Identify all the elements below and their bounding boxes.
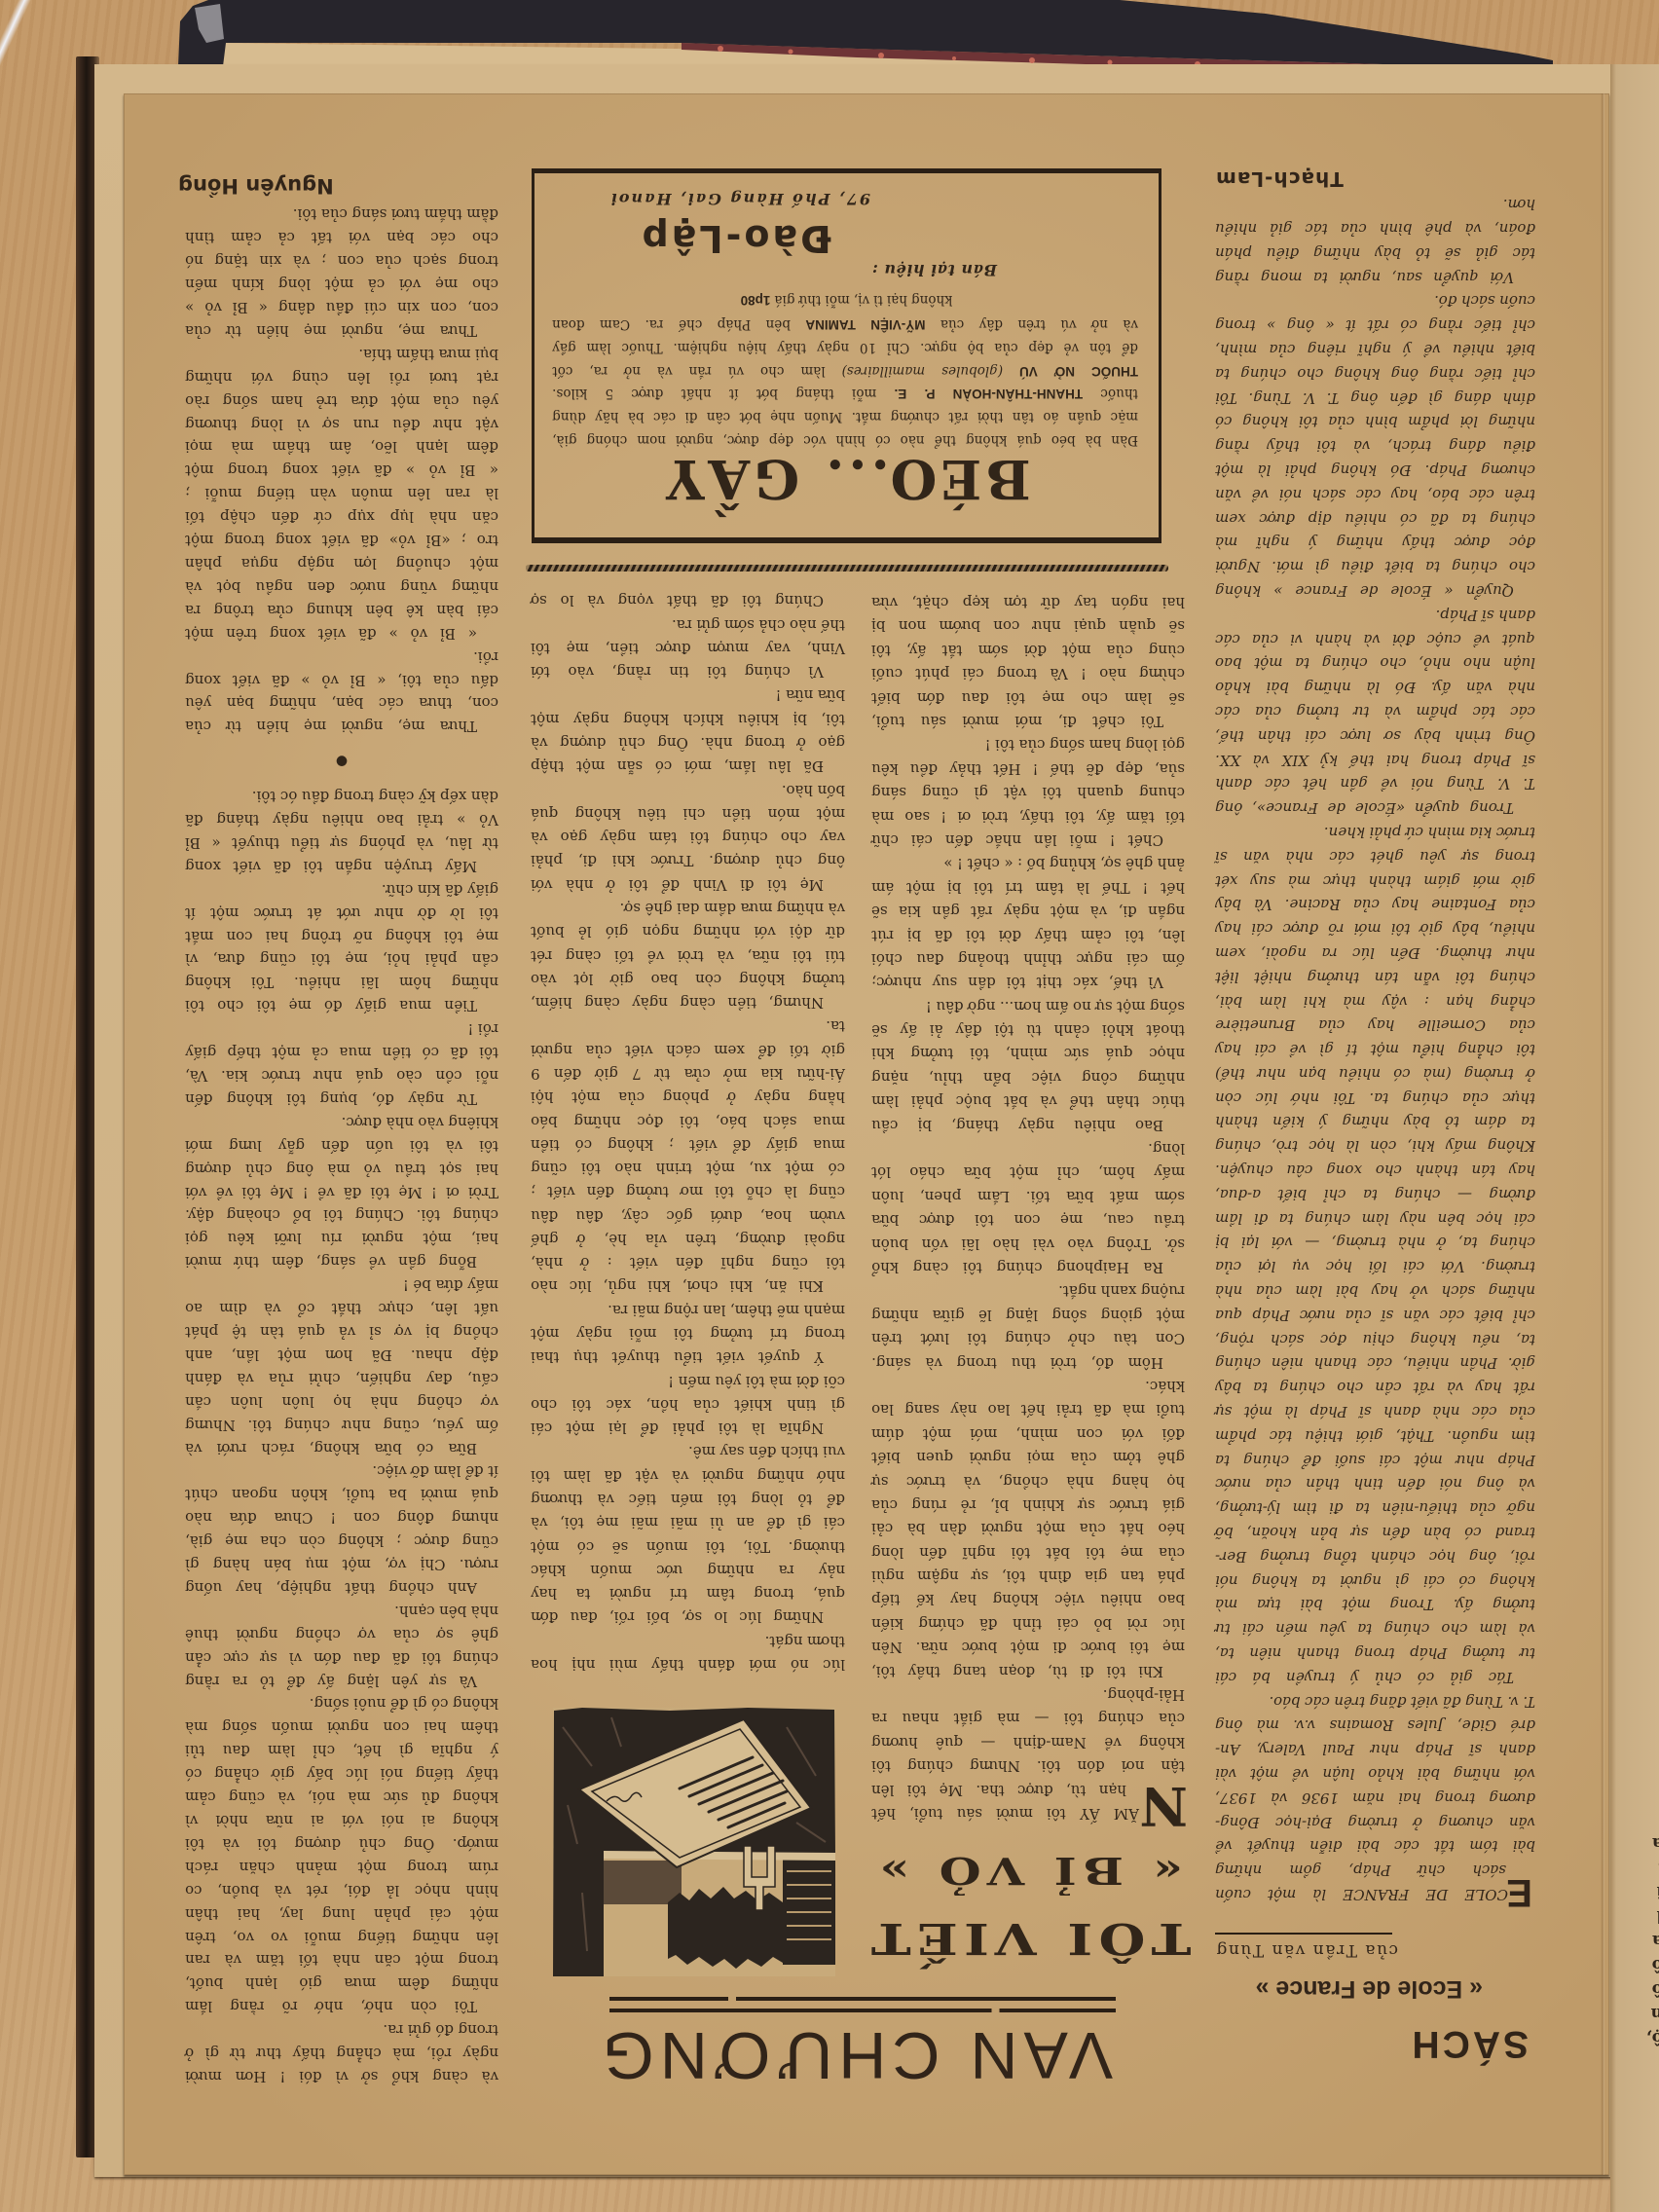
word: cuộc [1426, 630, 1461, 649]
word: « [211, 833, 220, 853]
word: chúng [997, 1258, 1043, 1277]
word: bữa [871, 1210, 899, 1230]
text-line: ta. [531, 1016, 845, 1036]
word: một [1011, 1638, 1039, 1657]
word: của [1215, 1257, 1241, 1276]
word: tăm [1126, 807, 1155, 827]
word: một [1157, 1306, 1185, 1325]
word: T. [1523, 1692, 1535, 1712]
text-line: sủa,đẹpđẽthế!Hếtthảyđềukêu [871, 759, 1185, 779]
word: những [1489, 412, 1535, 431]
word: giấy [467, 880, 498, 900]
text-line: nỗicồncàoquánhưtrướckia.Và, [185, 1066, 498, 1086]
text-line: vàcàngkhổsởvìđói!Hơnmười [185, 2067, 498, 2086]
word: hành [1314, 630, 1351, 649]
word: rút [871, 926, 894, 945]
word: danh [1498, 606, 1535, 625]
text-line: trongđógửira. [185, 2020, 498, 2040]
word: và [1253, 751, 1270, 770]
word: tư [1215, 1619, 1231, 1639]
word: đó, [1091, 1353, 1114, 1373]
word: này [950, 1400, 977, 1419]
word: ốm [1162, 949, 1185, 969]
word: ngờ [968, 997, 995, 1016]
word: tân [1013, 407, 1034, 426]
ad-price-line: khônghạitìvị,mỗithứgiá1p80 [535, 290, 1159, 310]
word: tôi [767, 875, 787, 895]
word: sách [1472, 1861, 1506, 1880]
word: rõ [1328, 919, 1344, 939]
word: chúng [1383, 1619, 1429, 1639]
word: có [577, 1537, 594, 1557]
text-line: hằngngàyởphòngcủamộthội [531, 1088, 845, 1107]
word: P. [924, 384, 935, 403]
word: quanh [1077, 783, 1124, 802]
text-line: Phápnhưmộtcáisuốiđểchúngta [1215, 1451, 1535, 1470]
word: trải [1056, 1400, 1083, 1419]
word: liệt [1215, 968, 1239, 987]
word: sống [1050, 735, 1085, 755]
text-line: củacácnhàdanhsĩPháplàmộtsự [1215, 1402, 1535, 1421]
word: bà [1086, 430, 1102, 450]
word: các [1394, 1836, 1419, 1856]
word: đó, [371, 1089, 393, 1109]
word: đứa [350, 391, 378, 411]
word: phẩm [1215, 1426, 1257, 1446]
text-line: chồngbịvợsỉvảquátàntệphát [185, 1322, 498, 1342]
word: đau [223, 1741, 250, 1760]
word: trong [805, 1324, 846, 1344]
word: ghê [645, 899, 672, 918]
text-line: MẹtôiđiVinhđểtôiởnhàvới [531, 875, 845, 895]
word: mỗi [1069, 830, 1096, 850]
word: phá [1158, 1567, 1185, 1586]
word: mới [1473, 871, 1500, 891]
word: được [655, 639, 691, 658]
word: bụng [320, 1089, 358, 1109]
word: sớm [724, 615, 755, 635]
word: thơm [807, 1632, 845, 1651]
word: trước [261, 1066, 300, 1086]
word: đi [685, 407, 698, 426]
word: bữa [964, 1162, 991, 1182]
word: Chúng [775, 591, 824, 610]
word: tiếng [357, 1928, 395, 1947]
word: đi [1052, 1638, 1066, 1657]
word: ngón [1111, 593, 1148, 612]
review-signature: Thạch-Lam [1215, 167, 1371, 191]
word: trên [871, 1329, 903, 1348]
word: mà [1343, 992, 1365, 1012]
word: lụp [390, 507, 414, 527]
word: vui [823, 1442, 845, 1461]
text-line: khôngcógìđểnuôisống. [185, 1695, 498, 1714]
text-line: tadámtỏbàynhữngýkiếnthành [1215, 1113, 1535, 1132]
word: mười [962, 712, 999, 731]
word: lợn [353, 554, 377, 573]
word: mẹ [304, 321, 326, 341]
word: ĂM [1114, 1804, 1139, 1824]
word: trường [1347, 1813, 1397, 1832]
word: đọc [637, 1112, 663, 1131]
word: xác [1073, 973, 1098, 992]
word: chúng [1215, 1353, 1261, 1373]
text-line: mộtgiòngsônglặnglẽgiữanhững [871, 1306, 1185, 1325]
word: tôi [257, 1834, 276, 1854]
word: danh [1215, 774, 1252, 793]
word: một [576, 756, 605, 776]
word: 5 [605, 384, 613, 403]
heading-rule [609, 2009, 1116, 2012]
word: hiệu [738, 338, 767, 357]
word: một [923, 1424, 951, 1444]
text-line: Ýquyếtviếttiểuthuyếtthụthai [531, 1347, 845, 1367]
word: thấy [1402, 533, 1434, 552]
word: đứa [230, 1508, 257, 1528]
word: tôi [718, 1490, 737, 1509]
word: Ông [1504, 726, 1535, 746]
word: Tiền [444, 996, 477, 1015]
word: vào [531, 970, 556, 989]
word: nhiều [1339, 1064, 1381, 1084]
word: bà [628, 407, 645, 426]
word: một [1244, 1402, 1272, 1421]
word: như [1258, 1064, 1286, 1084]
word: của [940, 314, 964, 334]
word: đã [935, 926, 953, 945]
text-line: Nhữnglúclosợ,bốirối,đauđớn [531, 1607, 845, 1627]
text-line: dínhdánggìđếnôngT.V.Tùng.Tôi [1215, 388, 1535, 408]
word: người [970, 1448, 1012, 1467]
word: báo. [1270, 1692, 1301, 1712]
word: ao [185, 1299, 203, 1318]
word: một [706, 1159, 734, 1178]
word: và [185, 577, 202, 597]
word: lòng [751, 1490, 783, 1509]
word: vỏ [204, 298, 222, 317]
word: bị [947, 878, 961, 898]
word: Trong [1390, 1595, 1434, 1614]
word: mắt. [852, 407, 882, 426]
word: ông [1477, 1474, 1504, 1493]
word: cảm [231, 228, 262, 247]
word: vì [185, 1811, 198, 1830]
word: chúng [1240, 364, 1286, 384]
word: Tôi [1215, 388, 1237, 408]
word: hai [238, 1904, 260, 1924]
word: để [732, 1135, 751, 1155]
word: lắm, [724, 756, 756, 776]
word: « [1444, 581, 1453, 601]
word: cũng [809, 1182, 845, 1201]
word: những [871, 1306, 918, 1325]
word: một [1010, 1162, 1038, 1182]
word: tôi [257, 996, 276, 1015]
word: chóng [587, 430, 628, 450]
word: mẹ [1060, 1210, 1083, 1230]
word: đến [554, 1064, 582, 1084]
word: tôi [995, 735, 1014, 755]
word: đọc [1320, 1330, 1346, 1349]
adjacent-page-text: ộ, n ô ô a l i , a [1643, 1830, 1659, 2049]
word: cũng [772, 1253, 808, 1272]
ad-shop-name: Đào-Lập [640, 217, 831, 260]
word: về [1292, 1764, 1309, 1784]
word: của [618, 1088, 645, 1107]
word: Tôi [251, 973, 274, 992]
word: chịu [1363, 1330, 1395, 1349]
word: trên [1504, 485, 1535, 504]
text-line: tácgiảsẽtỏbàynhữngđiềuphán [1215, 243, 1535, 263]
word: sự [871, 1472, 888, 1492]
word: và [1363, 630, 1380, 649]
word: xong [270, 624, 306, 644]
word: nhiệt [1254, 968, 1292, 987]
word: quá [355, 1066, 383, 1086]
word: như [343, 1416, 371, 1435]
word: thân [185, 1904, 218, 1924]
word: trải [417, 810, 443, 829]
word: tỏ [1445, 1113, 1459, 1132]
word: đờ [419, 903, 437, 923]
word: cả [278, 228, 295, 247]
text-line: sẽquằnquạinhưconbướmnonbị [871, 616, 1185, 636]
word: đáng [1449, 436, 1486, 456]
word: nhà. [700, 733, 732, 753]
text-line: ngỡcủathiếu-niêntađitìmlý-tưởng, [1215, 1498, 1535, 1518]
word: ! [431, 1183, 437, 1202]
word: sở [362, 2067, 379, 2086]
word: sao [904, 807, 930, 827]
word: như [434, 415, 462, 434]
word: chỉ [1513, 1306, 1535, 1325]
text-line: cáibànkêbênkhungcửatrôngra [185, 601, 498, 620]
word: de [1328, 798, 1346, 818]
text-line: Đãlâulắm,mớicósẵnmộtthập [531, 756, 845, 776]
word: học [1476, 1209, 1502, 1229]
word: Và [460, 1672, 477, 1691]
text-line: Khiăn,khichơi,khingủ,lúcnào [531, 1277, 845, 1297]
word: mà [997, 1709, 1019, 1728]
word: óc [280, 787, 297, 806]
text-line: dấucủatôi,«Bỉvỏ»đãviếtxong [185, 671, 498, 690]
text-line: đằmthắmtươisángcủatôi. [185, 204, 498, 224]
word: ngụa [241, 554, 278, 573]
word: mùi [609, 1655, 638, 1675]
word: văn [1403, 1306, 1429, 1325]
word: mến [679, 1372, 711, 1391]
text-line: cấu,đaynghiến,chửirủavàđánh [185, 1369, 498, 1388]
word: nói [381, 1811, 404, 1830]
word: uốn [365, 1136, 393, 1156]
text-line: cũngđược;khôngcònchamẹgià, [185, 1531, 498, 1551]
word: tôi [1064, 1709, 1084, 1728]
word: khiêu [738, 710, 779, 729]
text-line: nhớnhữngngườivàvậtđãlàmtôi [531, 1466, 845, 1486]
word: cạnh. [394, 1602, 434, 1621]
text-line: gìtinhkhiếtcủahồn,xáctôicho [531, 1395, 845, 1415]
text-line: cũnglàchỗtôimơtưởngđếnviết; [531, 1182, 845, 1201]
word: có [1458, 1571, 1475, 1591]
word: kỷ [1320, 751, 1338, 770]
ad-shop-address: 97, Phố Hàng Gai, Hanoi [609, 189, 870, 208]
word: căn [375, 1950, 401, 1970]
word: nghiến, [355, 1369, 411, 1388]
word: vóc [803, 430, 826, 450]
word: bớt [756, 384, 778, 403]
word: danh [1498, 1740, 1535, 1759]
word: tìm [1293, 1498, 1317, 1518]
word: mẹ [289, 996, 312, 1015]
word: không [966, 430, 1007, 450]
word: chúng [1322, 653, 1368, 673]
word: tin [669, 662, 689, 682]
word: xanh [1101, 1281, 1137, 1301]
word: quyển [1433, 268, 1479, 287]
word: cái [1057, 1614, 1079, 1634]
word: người [1340, 1571, 1382, 1591]
word: nhiều [1215, 219, 1257, 239]
word: của [1318, 1015, 1345, 1035]
text-line: vớinhữngbàikhảoluậnvềmộtvài [1215, 1764, 1535, 1784]
text-line: dànxếpkỹcàngtrongđầuóctôi. [185, 787, 498, 806]
word: thương [185, 415, 238, 434]
word: quá, [813, 1584, 845, 1604]
word: tiếc [629, 1490, 656, 1509]
word: chương [1481, 461, 1535, 480]
word: và [1271, 1788, 1287, 1808]
word: cấu, [467, 1369, 498, 1388]
word: không [608, 1135, 653, 1155]
word: một [342, 1555, 370, 1574]
text-line: giờ.Phầnnhiều,cácthanhniênchúng [1215, 1353, 1535, 1373]
text-line: chừngnào!Vàtrongcáiphútcuối [871, 664, 1185, 683]
word: Ái-hữu [796, 1064, 845, 1084]
word: xét [1215, 871, 1237, 891]
text-line: chẳnghạn:vậymàkhilàmbài, [1215, 992, 1535, 1012]
word: giòng [1101, 1306, 1143, 1325]
word: đến [1382, 1523, 1410, 1542]
text-line: tôichẳnghiểumộttígìvềcáihay [1215, 1040, 1535, 1059]
word: ý [1350, 1668, 1358, 1687]
word: chồng, [999, 1472, 1049, 1492]
text-line: trongsạchcủacon;vàxintặngnó [185, 251, 498, 271]
word: của [1341, 219, 1367, 239]
word: bộ [968, 338, 984, 357]
word: lo [714, 1607, 727, 1627]
text-line: gạoởtrongnhà.Ôngchủdượngvà [531, 733, 845, 753]
word: khác [531, 1561, 566, 1580]
word: mở [724, 1064, 747, 1084]
word: sang [904, 1400, 940, 1419]
word: Vì [808, 662, 824, 682]
word: từ [226, 321, 241, 341]
word: vi [1290, 630, 1303, 649]
word: nhưng [452, 1508, 498, 1528]
word: một [1051, 902, 1079, 921]
word: với [399, 275, 421, 294]
word: thưởng [1308, 968, 1360, 987]
word: ấy [900, 1020, 917, 1040]
word: non [899, 616, 926, 636]
word: ở [1438, 1233, 1447, 1252]
word: ngoài [804, 1230, 845, 1249]
word: chủ [618, 733, 645, 753]
word: hoa [531, 1655, 558, 1675]
word: có [423, 1043, 439, 1062]
word: trong [957, 1353, 998, 1373]
word: công [1082, 1068, 1118, 1088]
word: đã [1430, 509, 1449, 529]
word: để [465, 1461, 484, 1481]
text-line: cănnhàlụpxụpcứđếnchậptối [185, 507, 498, 527]
word: gì [413, 1695, 426, 1714]
word: bổ [293, 1205, 312, 1225]
word: Ra [1143, 1258, 1163, 1277]
word: học [1309, 1136, 1335, 1156]
word: biết [871, 688, 901, 708]
text-line: cuốnsáchđó. [1215, 291, 1535, 311]
word: thanh [1297, 1643, 1340, 1663]
word: (globules [941, 361, 1003, 381]
word: : [1424, 992, 1429, 1012]
word: gầy [552, 338, 576, 357]
word: trường, [1332, 1233, 1386, 1252]
word: mãi [631, 1513, 658, 1532]
word: khi [871, 1045, 895, 1064]
word: bị [1215, 1233, 1229, 1252]
word: hai [266, 927, 288, 946]
word: — [1305, 1233, 1319, 1252]
word: với [1122, 1424, 1143, 1444]
word: ý [1403, 340, 1411, 359]
word: tôi [1299, 412, 1318, 431]
word: của [1018, 735, 1045, 755]
word: tha. [976, 1781, 1004, 1800]
word: tỏ [797, 1490, 812, 1509]
word: cho [1082, 688, 1108, 708]
word: ra. [645, 314, 664, 334]
word: lúc [1162, 1614, 1185, 1634]
word: hơn. [1503, 195, 1535, 214]
word: vỏ» [389, 531, 416, 550]
word: ở [576, 1230, 585, 1249]
word: thứ [799, 290, 822, 310]
word: chở [1069, 1329, 1095, 1348]
text-line: chocácbạnvớitấtcảcảmtình [185, 228, 498, 247]
word: viết [332, 461, 360, 480]
word: yêu [472, 391, 498, 411]
word: đỡ [411, 1461, 429, 1481]
word: ẤY [1080, 1804, 1100, 1824]
text-line: Vỏ»trảibaonhiêungàythángđã [185, 810, 498, 829]
word: tôi [1107, 1662, 1126, 1681]
word: hạn [1099, 1781, 1126, 1800]
word: biết [1506, 340, 1535, 359]
word: tôi [185, 996, 204, 1015]
word: thêm, [730, 1301, 773, 1320]
word: cũng [462, 1531, 498, 1551]
word: đưa, [213, 950, 245, 970]
word: ý [1309, 533, 1316, 552]
text-line: quámườibatuổi,khônngoanchút [185, 1485, 498, 1504]
word: nguồn. [1447, 1426, 1498, 1446]
word: viết [322, 531, 350, 550]
word: xác [606, 1395, 631, 1415]
word: trinh [656, 1159, 692, 1178]
word: quát [1502, 630, 1535, 649]
text-line: tuổimàđãtrảihếtlaonàysanglao [871, 1400, 1185, 1419]
